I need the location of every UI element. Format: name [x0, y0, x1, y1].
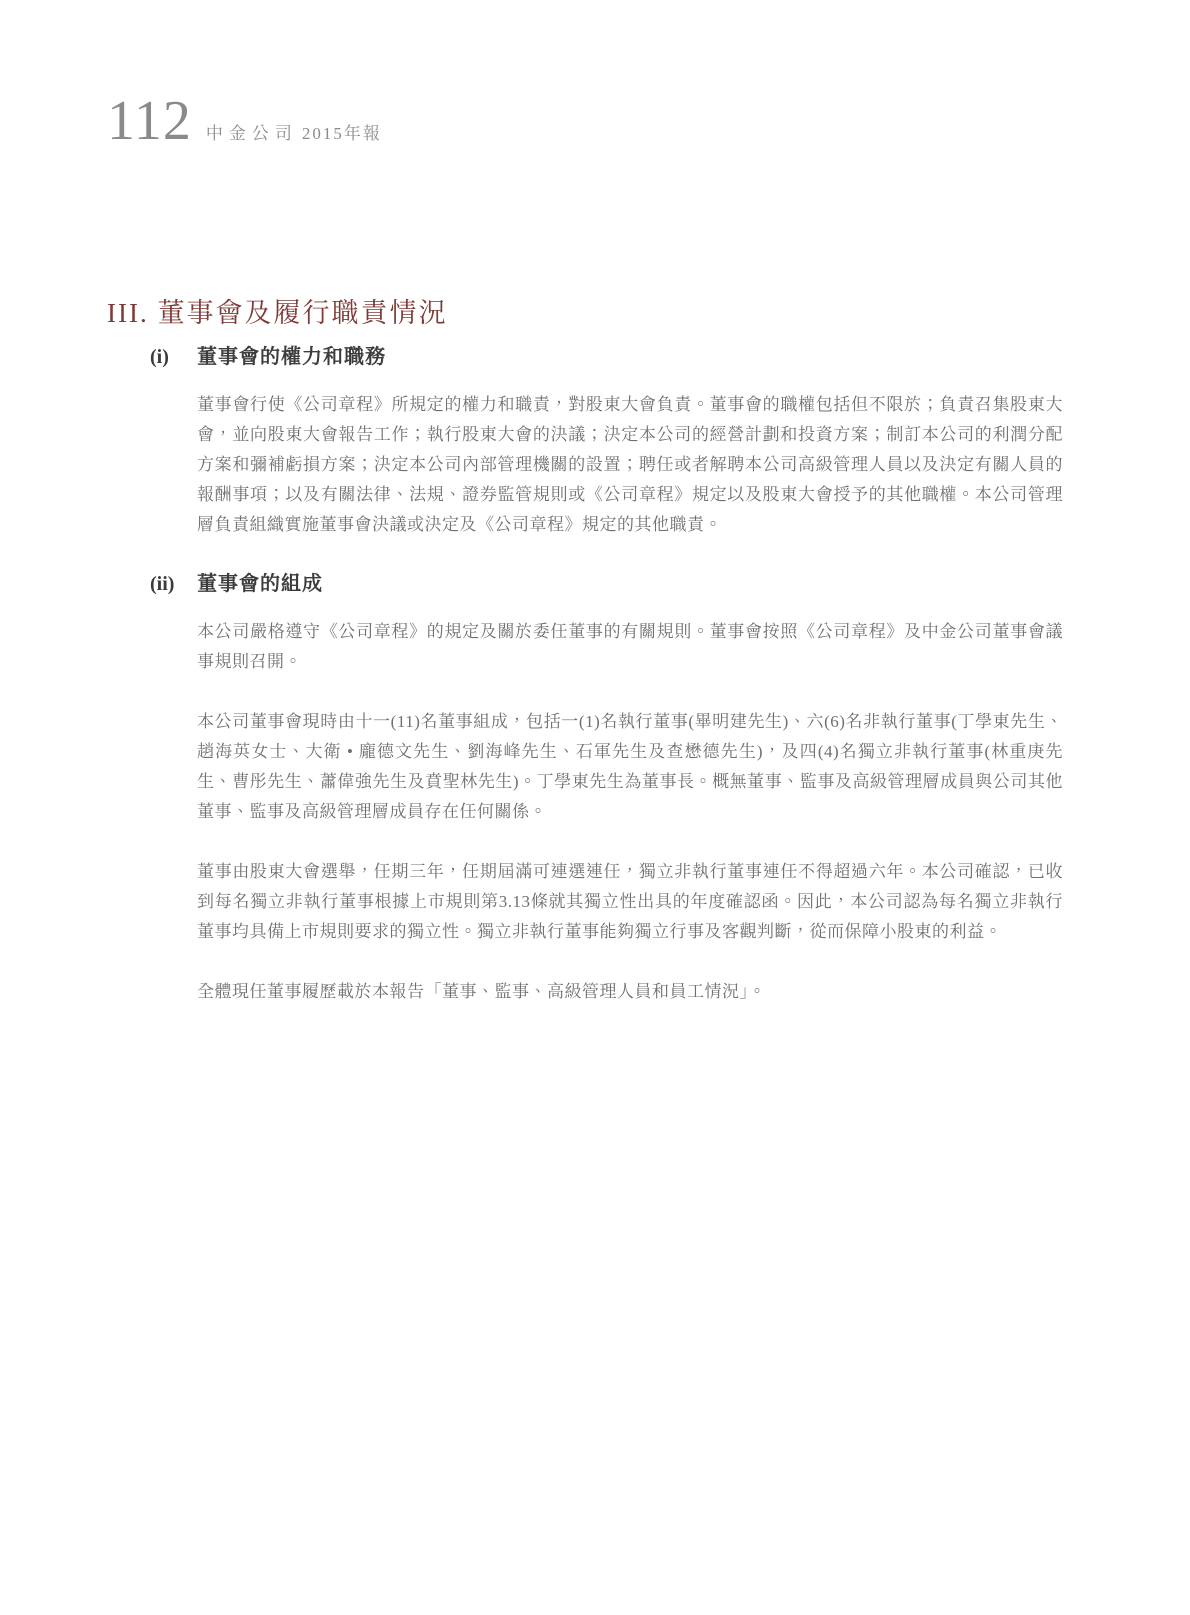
subsection-label: (ii): [150, 573, 197, 596]
paragraph: 全體現任董事履歷載於本報告「董事、監事、高級管理人員和員工情況」。: [197, 977, 1063, 1007]
subsection-heading: (i) 董事會的權力和職務: [150, 340, 1063, 369]
section-title: III. 董事會及履行職責情況: [107, 291, 447, 330]
paragraph: 本公司嚴格遵守《公司章程》的規定及關於委任董事的有關規則。董事會按照《公司章程》…: [197, 617, 1063, 677]
header-report-year: 2015年報: [302, 119, 382, 144]
subsection-label: (i): [150, 346, 197, 369]
header-company-name: 中金公司: [206, 119, 298, 144]
subsection-heading-text: 董事會的組成: [197, 567, 323, 596]
subsection-body: 董事會行使《公司章程》所規定的權力和職責，對股東大會負責。董事會的職權包括但不限…: [197, 390, 1063, 540]
section-content: (i) 董事會的權力和職務 董事會行使《公司章程》所規定的權力和職責，對股東大會…: [150, 340, 1063, 1034]
page-number: 112: [107, 93, 192, 149]
paragraph: 本公司董事會現時由十一(11)名董事組成，包括一(1)名執行董事(畢明建先生)、…: [197, 707, 1063, 827]
paragraph: 董事由股東大會選舉，任期三年，任期屆滿可連選連任，獨立非執行董事連任不得超過六年…: [197, 857, 1063, 947]
subsection-heading: (ii) 董事會的組成: [150, 567, 1063, 596]
paragraph: 董事會行使《公司章程》所規定的權力和職責，對股東大會負責。董事會的職權包括但不限…: [197, 390, 1063, 540]
subsection-heading-text: 董事會的權力和職務: [197, 340, 386, 369]
subsection-body: 本公司嚴格遵守《公司章程》的規定及關於委任董事的有關規則。董事會按照《公司章程》…: [197, 617, 1063, 1007]
subsection-board-composition: (ii) 董事會的組成 本公司嚴格遵守《公司章程》的規定及關於委任董事的有關規則…: [150, 567, 1063, 1007]
document-page: 112 中金公司 2015年報 III. 董事會及履行職責情況 (i) 董事會的…: [0, 0, 1190, 1615]
subsection-board-powers: (i) 董事會的權力和職務 董事會行使《公司章程》所規定的權力和職責，對股東大會…: [150, 340, 1063, 540]
page-header: 112 中金公司 2015年報: [107, 93, 382, 149]
